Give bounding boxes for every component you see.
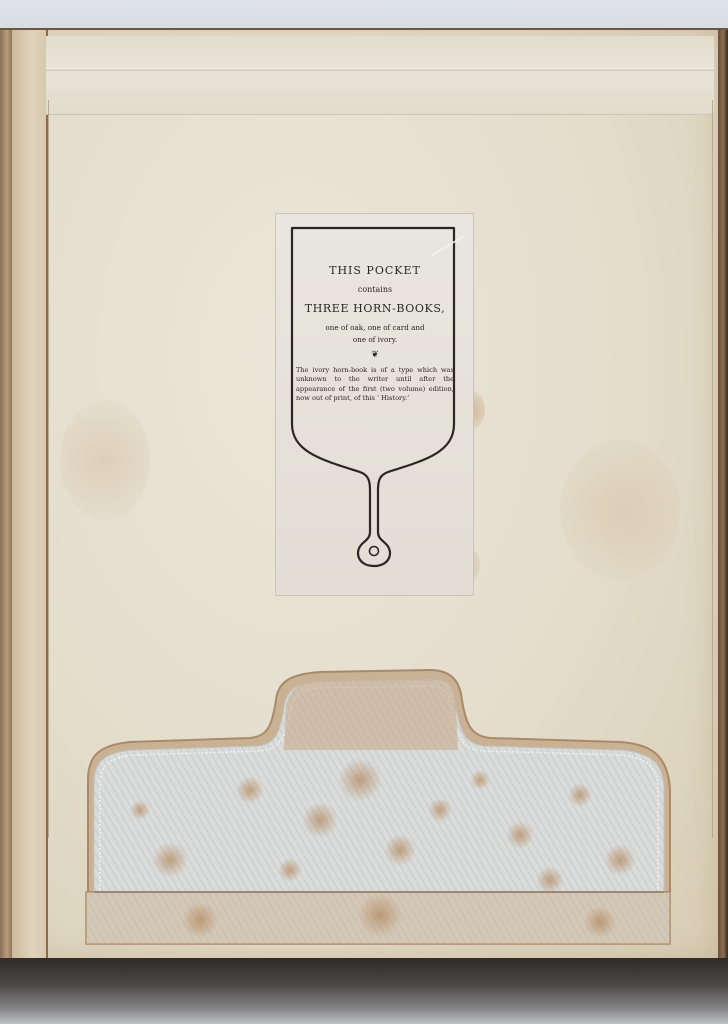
label-subheading: THREE HORN-BOOKS, <box>294 302 456 315</box>
label-line-1: one of oak, one of card and <box>294 322 456 334</box>
stain <box>60 400 150 520</box>
top-turn-in <box>46 36 714 115</box>
stain <box>560 440 680 580</box>
label-line-2: one of ivory. <box>294 334 456 346</box>
label-note: The ivory horn-book is of a type which w… <box>294 366 456 404</box>
flap-edge-right <box>712 100 713 838</box>
flap-edge-left <box>48 100 49 838</box>
scratch <box>431 236 464 256</box>
table-shadow <box>0 958 728 1024</box>
label-text: THIS POCKET contains THREE HORN-BOOKS, o… <box>294 264 456 404</box>
cloth-pocket[interactable] <box>80 660 680 950</box>
top-crease <box>46 68 714 71</box>
label-heading: THIS POCKET <box>294 264 456 277</box>
printed-label: THIS POCKET contains THREE HORN-BOOKS, o… <box>276 214 473 595</box>
hinge <box>12 30 48 960</box>
pocket-shape <box>80 660 680 950</box>
label-contains: contains <box>294 285 456 294</box>
fleuron-icon: ❦ <box>294 350 456 360</box>
